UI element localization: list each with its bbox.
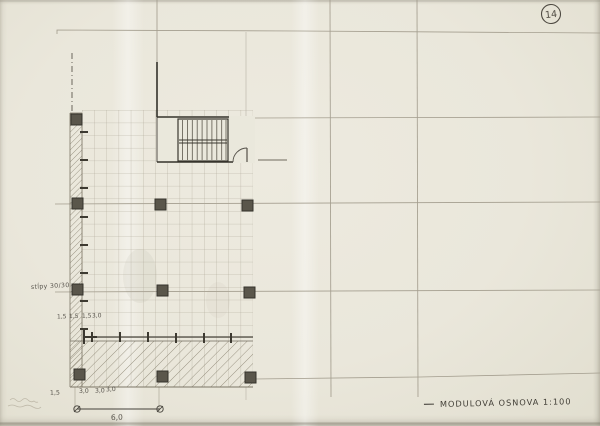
dim-label: 3,0 <box>79 388 89 395</box>
column-marker <box>157 371 168 382</box>
title-annotation-group: MODULOVÁ OSNOVA 1:100 <box>424 395 572 409</box>
faint-archive-signature <box>8 399 41 409</box>
axis-line-v3 <box>330 0 331 397</box>
axis-line-v4 <box>417 0 418 397</box>
column-marker <box>72 284 83 295</box>
dim-label: 1,5 <box>50 390 60 397</box>
dims-lower-row: 1,5 3,0 3,0 3,0 <box>50 386 116 397</box>
column-marker <box>244 287 255 298</box>
dimension-total-label: 6,0 <box>111 413 123 422</box>
dim-label: 1,5 <box>69 313 79 320</box>
dim-label: 1,5 <box>82 313 92 320</box>
dim-label: 3,0 <box>95 387 105 394</box>
dim-label: 3,0 <box>92 312 102 319</box>
column-marker <box>242 200 253 211</box>
column-marker <box>155 199 166 210</box>
sheet-number: 14 <box>545 9 558 21</box>
column-marker <box>71 114 82 125</box>
column-marker <box>157 285 168 296</box>
sheet-number-badge: 14 <box>541 4 562 25</box>
columns-note: stĺpy 30/30 <box>31 280 70 291</box>
dim-label: 1,5 <box>57 313 67 320</box>
architectural-sketch: 6,0 1,5 1,5 1,5 3,0 1,5 3,0 3,0 3,0 stĺp… <box>0 0 600 426</box>
column-marker <box>245 372 256 383</box>
drawing-sheet: 6,0 1,5 1,5 1,5 3,0 1,5 3,0 3,0 3,0 stĺp… <box>0 0 600 426</box>
column-marker <box>74 369 85 380</box>
floor-plan <box>70 53 287 387</box>
title-annotation: MODULOVÁ OSNOVA 1:100 <box>440 395 572 409</box>
column-marker <box>72 198 83 209</box>
dim-label: 3,0 <box>106 386 116 393</box>
paper-crease-center <box>291 0 319 426</box>
